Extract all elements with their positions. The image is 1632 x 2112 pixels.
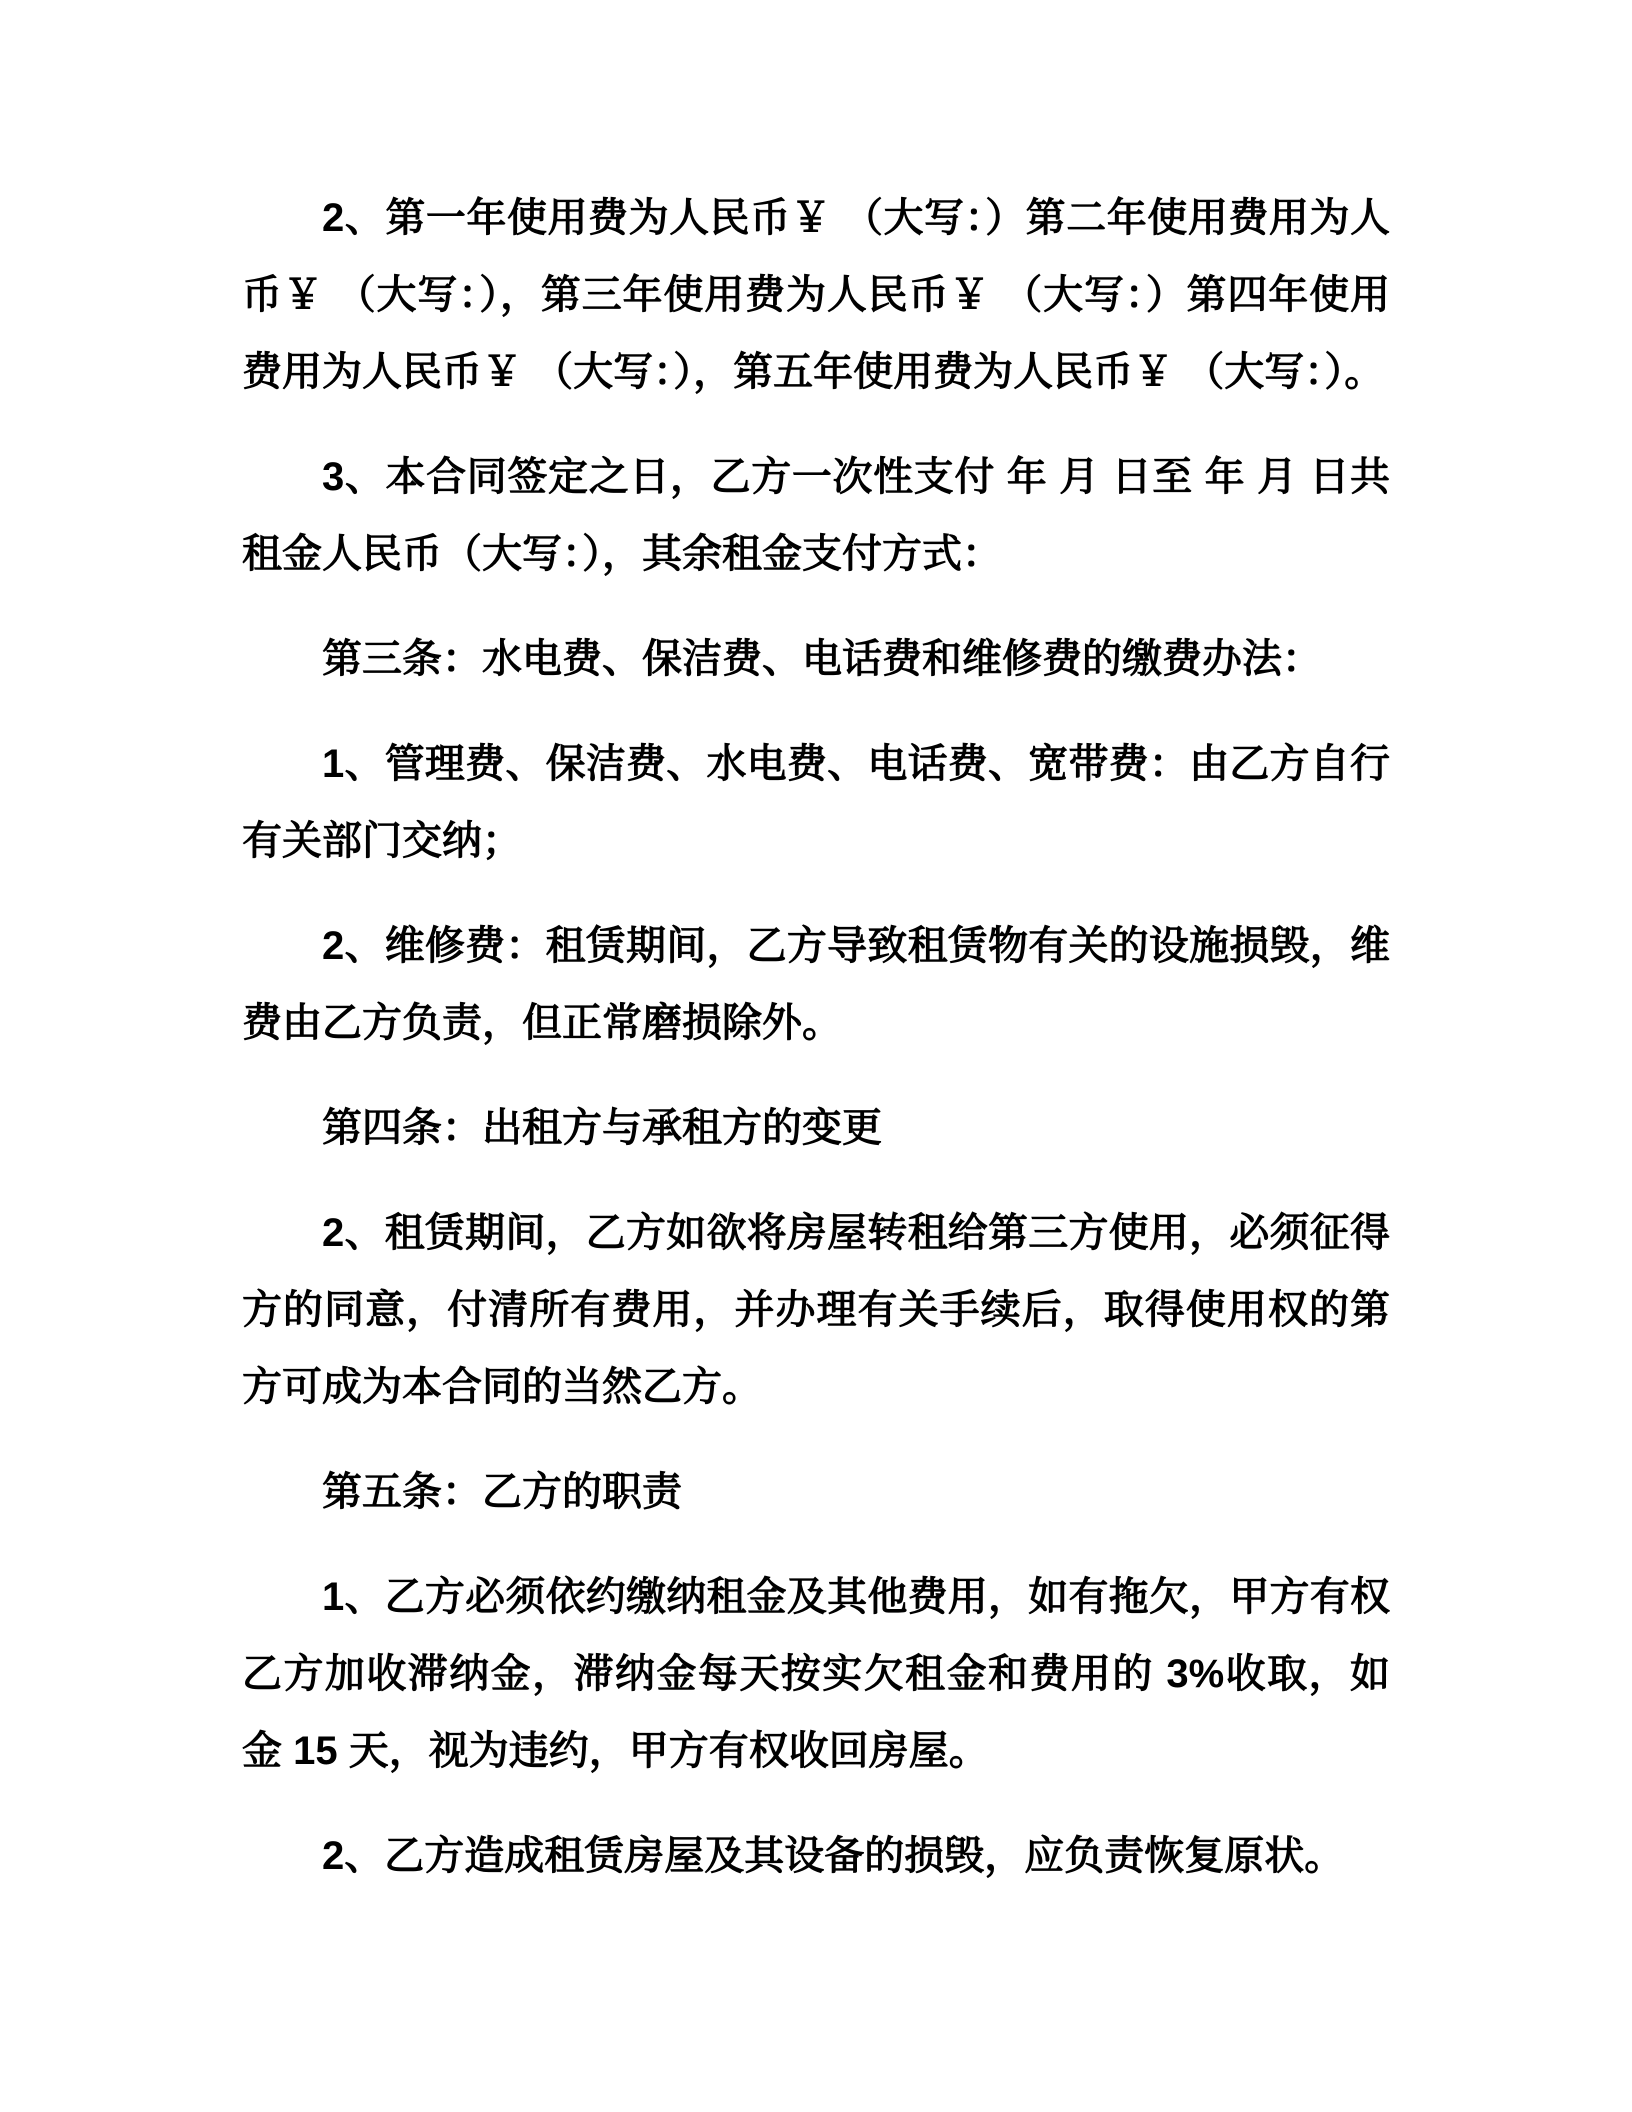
document-page: 2、第一年使用费为人民币￥ （大写：）第二年使用费用为人民 币￥ （大写：），第…: [0, 0, 1632, 2112]
paragraph-payment-on-signing: 3、本合同签定之日，乙方一次性支付 年 月 日至 年 月 日共 月的 租金人民币…: [242, 439, 1390, 593]
heading-article-4: 第四条：出租方与承租方的变更: [242, 1090, 1390, 1167]
contract-body-text: 2、第一年使用费为人民币￥ （大写：）第二年使用费用为人民 币￥ （大写：），第…: [242, 180, 1390, 1923]
paragraph-damage-restoration: 2、乙方造成租赁房屋及其设备的损毁，应负责恢复原状。: [242, 1818, 1390, 1895]
paragraph-management-fees: 1、管理费、保洁费、水电费、电话费、宽带费：由乙方自行向 有关部门交纳；: [242, 726, 1390, 880]
paragraph-rent-obligation: 1、乙方必须依约缴纳租金及其他费用，如有拖欠，甲方有权向 乙方加收滞纳金，滞纳金…: [242, 1559, 1390, 1790]
paragraph-sublease-terms: 2、租赁期间，乙方如欲将房屋转租给第三方使用，必须征得甲 方的同意，付清所有费用…: [242, 1195, 1390, 1426]
paragraph-line: 费由乙方负责，但正常磨损除外。: [242, 985, 1390, 1062]
paragraph-line: 1、乙方必须依约缴纳租金及其他费用，如有拖欠，甲方有权向: [242, 1559, 1390, 1636]
paragraph-line: 2、第一年使用费为人民币￥ （大写：）第二年使用费用为人民: [242, 180, 1390, 257]
heading-line: 第三条：水电费、保洁费、电话费和维修费的缴费办法：: [242, 621, 1390, 698]
paragraph-line: 方可成为本合同的当然乙方。: [242, 1349, 1390, 1426]
paragraph-repair-fees: 2、维修费：租赁期间，乙方导致租赁物有关的设施损毁，维修 费由乙方负责，但正常磨…: [242, 908, 1390, 1062]
paragraph-line: 2、维修费：租赁期间，乙方导致租赁物有关的设施损毁，维修: [242, 908, 1390, 985]
paragraph-line: 3、本合同签定之日，乙方一次性支付 年 月 日至 年 月 日共 月的: [242, 439, 1390, 516]
paragraph-usage-fees: 2、第一年使用费为人民币￥ （大写：）第二年使用费用为人民 币￥ （大写：），第…: [242, 180, 1390, 411]
heading-line: 第四条：出租方与承租方的变更: [242, 1090, 1390, 1167]
paragraph-line: 方的同意，付清所有费用，并办理有关手续后，取得使用权的第三方: [242, 1272, 1390, 1349]
paragraph-line: 租金人民币（大写：），其余租金支付方式：: [242, 516, 1390, 593]
paragraph-line: 乙方加收滞纳金，滞纳金每天按实欠租金和费用的 3%收取，如拖欠租: [242, 1636, 1390, 1713]
paragraph-line: 有关部门交纳；: [242, 803, 1390, 880]
heading-line: 第五条：乙方的职责: [242, 1454, 1390, 1531]
paragraph-line: 金 15 天，视为违约，甲方有权收回房屋。: [242, 1713, 1390, 1790]
paragraph-line: 费用为人民币￥ （大写：），第五年使用费为人民币￥ （大写：）。: [242, 334, 1390, 411]
paragraph-line: 2、租赁期间，乙方如欲将房屋转租给第三方使用，必须征得甲: [242, 1195, 1390, 1272]
paragraph-line: 币￥ （大写：），第三年使用费为人民币￥ （大写：）第四年使用: [242, 257, 1390, 334]
heading-article-5: 第五条：乙方的职责: [242, 1454, 1390, 1531]
paragraph-line: 2、乙方造成租赁房屋及其设备的损毁，应负责恢复原状。: [242, 1818, 1390, 1895]
heading-article-3: 第三条：水电费、保洁费、电话费和维修费的缴费办法：: [242, 621, 1390, 698]
paragraph-line: 1、管理费、保洁费、水电费、电话费、宽带费：由乙方自行向: [242, 726, 1390, 803]
